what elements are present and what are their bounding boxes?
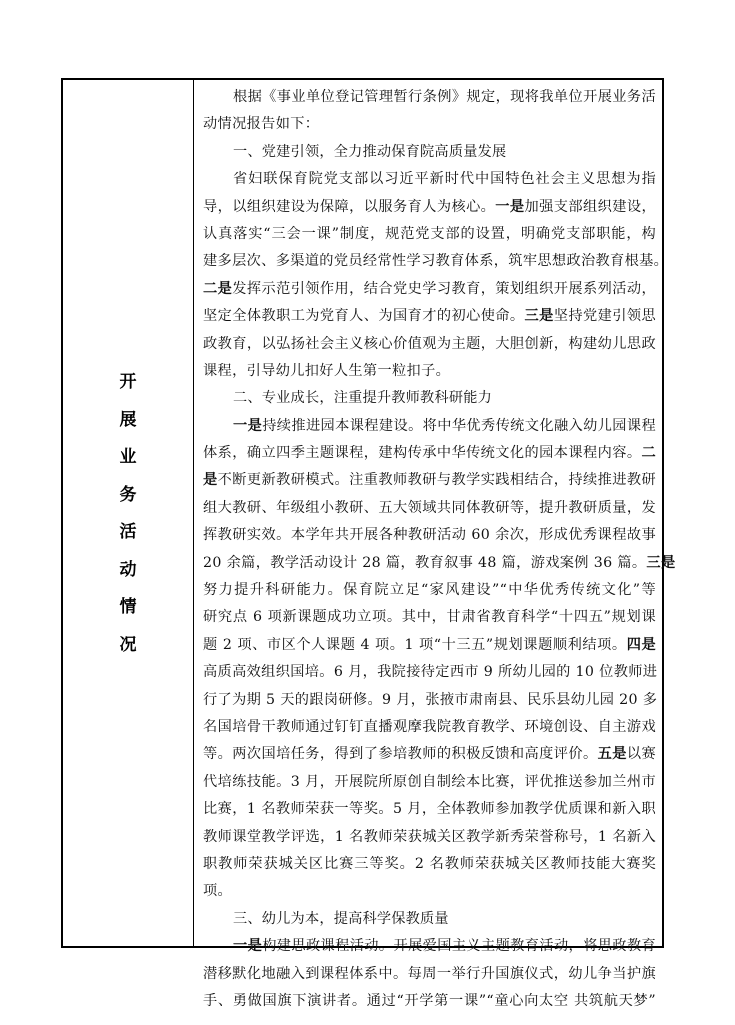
- section-label-char: 活: [63, 514, 193, 552]
- section-label-char: 开: [63, 364, 193, 402]
- body-text: 动情况报告如下：: [203, 116, 319, 132]
- report-table: 开展业务活动情况 根据《事业单位登记管理暂行条例》规定，现将我单位开展业务活动情…: [61, 78, 664, 948]
- body-text: 一、党建引领，全力推动保育院高质量发展: [233, 144, 506, 160]
- body-text: 不断更新教研模式。注重教师教研与教学实践相结合，持续推进教研: [218, 472, 656, 488]
- section-label-char: 情: [63, 589, 193, 627]
- text-line: 体系，确立四季主题课程，建构传承中华传统文化的园本课程内容。二: [203, 440, 656, 467]
- text-line: 省妇联保育院党支部以习近平新时代中国特色社会主义思想为指: [203, 166, 656, 193]
- report-content-cell: 根据《事业单位登记管理暂行条例》规定，现将我单位开展业务活动情况报告如下：一、党…: [203, 84, 656, 1015]
- body-text: 认真落实“三会一课”制度，规范党支部的设置，明确党支部职能，构: [203, 226, 656, 242]
- section-label-cell: 开展业务活动情况: [63, 80, 193, 946]
- body-text: 发挥示范引领作用，结合党史学习教育，策划组织开展系列活动，: [232, 281, 656, 297]
- body-text: 持续推进园本课程建设。将中华优秀传统文化融入幼儿园课程: [262, 418, 656, 434]
- emphasis-text: 四是: [627, 637, 656, 653]
- text-line: 一是持续推进园本课程建设。将中华优秀传统文化融入幼儿园课程: [203, 413, 656, 440]
- text-line: 高质高效组织国培。6 月，我院接待定西市 9 所幼儿园的 10 位教师进: [203, 659, 656, 686]
- section-label-char: 业: [63, 439, 193, 477]
- text-line: 职教师荣获城关区比赛三等奖。2 名教师荣获城关区教师技能大赛奖: [203, 851, 656, 878]
- text-line: 根据《事业单位登记管理暂行条例》规定，现将我单位开展业务活: [203, 84, 656, 111]
- body-text: 根据《事业单位登记管理暂行条例》规定，现将我单位开展业务活: [233, 89, 656, 105]
- text-line: 手、勇做国旗下演讲者。通过“开学第一课”“童心向太空 共筑航天梦”: [203, 988, 656, 1015]
- text-line: 题 2 项、市区个人课题 4 项。1 项“十三五”规划课题顺利结项。四是: [203, 632, 656, 659]
- body-text: 20 余篇，教学活动设计 28 篇，教育叙事 48 篇，游戏案例 36 篇。: [203, 555, 646, 571]
- body-text: 等。两次国培任务，得到了参培教师的积极反馈和高度评价。: [203, 746, 598, 762]
- body-text: 课程，引导幼儿扣好人生第一粒扣子。: [203, 363, 450, 379]
- body-text: 手、勇做国旗下演讲者。通过“开学第一课”“童心向太空 共筑航天梦”: [203, 993, 656, 1009]
- text-line: 努力提升科研能力。保育院立足“家风建设”“中华优秀传统文化”等: [203, 577, 656, 604]
- body-text: 代培练技能。3 月，开展院所原创自制绘本比赛，评优推送参加兰州市: [203, 774, 656, 790]
- text-line: 一是构建思政课程活动。开展爱国主义主题教育活动，将思政教育: [203, 933, 656, 960]
- emphasis-text: 三是: [646, 555, 675, 571]
- emphasis-text: 三是: [525, 308, 554, 324]
- body-text: 比赛，1 名教师荣获一等奖。5 月，全体教师参加教学优质课和新入职: [203, 801, 656, 817]
- section-label-char: 务: [63, 477, 193, 515]
- text-line: 挥教研实效。本学年共开展各种教研活动 60 余次，形成优秀课程故事: [203, 522, 656, 549]
- text-line: 政教育，以弘扬社会主义核心价值观为主题，大胆创新，构建幼儿思政: [203, 331, 656, 358]
- text-line: 20 余篇，教学活动设计 28 篇，教育叙事 48 篇，游戏案例 36 篇。三是: [203, 550, 656, 577]
- body-text: 行了为期 5 天的跟岗研修。9 月，张掖市肃南县、民乐县幼儿园 20 多: [203, 692, 657, 708]
- text-line: 代培练技能。3 月，开展院所原创自制绘本比赛，评优推送参加兰州市: [203, 769, 656, 796]
- emphasis-text: 是: [203, 472, 218, 488]
- text-line: 组大教研、年级组小教研、五大领域共同体教研等，提升教研质量，发: [203, 495, 656, 522]
- body-text: 研究点 6 项新课题成功立项。其中，甘肃省教育科学“十四五”规划课: [203, 609, 656, 625]
- emphasis-text: 二: [641, 445, 656, 461]
- column-divider: [193, 80, 194, 946]
- section-label-char: 展: [63, 402, 193, 440]
- body-text: 政教育，以弘扬社会主义核心价值观为主题，大胆创新，构建幼儿思政: [203, 336, 656, 352]
- body-text: 加强支部组织建设，: [525, 199, 656, 215]
- text-line: 名国培骨干教师通过钉钉直播观摩我院教育教学、环境创设、自主游戏: [203, 714, 656, 741]
- text-line: 导，以组织建设为保障，以服务育人为核心。一是加强支部组织建设，: [203, 194, 656, 221]
- body-text: 高质高效组织国培。6 月，我院接待定西市 9 所幼儿园的 10 位教师进: [203, 664, 657, 680]
- body-text: 努力提升科研能力。保育院立足“家风建设”“中华优秀传统文化”等: [203, 582, 656, 598]
- emphasis-text: 一是: [233, 938, 262, 954]
- body-text: 教师课堂教学评选，1 名教师荣获城关区教学新秀荣誉称号，1 名新入: [203, 829, 656, 845]
- text-line: 潜移默化地融入到课程体系中。每周一举行升国旗仪式，幼儿争当护旗: [203, 961, 656, 988]
- body-text: 构建思政课程活动。开展爱国主义主题教育活动，将思政教育: [262, 938, 656, 954]
- text-line: 课程，引导幼儿扣好人生第一粒扣子。: [203, 358, 656, 385]
- body-text: 二、专业成长，注重提升教师教科研能力: [233, 390, 492, 406]
- section-label: 开展业务活动情况: [63, 364, 193, 664]
- text-line: 教师课堂教学评选，1 名教师荣获城关区教学新秀荣誉称号，1 名新入: [203, 824, 656, 851]
- body-text: 组大教研、年级组小教研、五大领域共同体教研等，提升教研质量，发: [203, 500, 656, 516]
- body-text: 建多层次、多渠道的党员经常性学习教育体系，筑牢思想政治教育根基。: [203, 253, 668, 269]
- body-text: 坚定全体教职工为党育人、为国育才的初心使命。: [203, 308, 525, 324]
- body-text: 体系，确立四季主题课程，建构传承中华传统文化的园本课程内容。: [203, 445, 641, 461]
- section-label-char: 动: [63, 552, 193, 590]
- body-text: 省妇联保育院党支部以习近平新时代中国特色社会主义思想为指: [233, 171, 656, 187]
- text-line: 认真落实“三会一课”制度，规范党支部的设置，明确党支部职能，构: [203, 221, 656, 248]
- section-heading: 三、幼儿为本，提高科学保教质量: [203, 906, 656, 933]
- text-line: 是不断更新教研模式。注重教师教研与教学实践相结合，持续推进教研: [203, 467, 656, 494]
- section-heading: 二、专业成长，注重提升教师教科研能力: [203, 385, 656, 412]
- body-text: 坚持党建引领思: [554, 308, 656, 324]
- text-line: 建多层次、多渠道的党员经常性学习教育体系，筑牢思想政治教育根基。: [203, 248, 656, 275]
- section-heading: 一、党建引领，全力推动保育院高质量发展: [203, 139, 656, 166]
- section-label-char: 况: [63, 627, 193, 665]
- emphasis-text: 一是: [495, 199, 524, 215]
- text-line: 坚定全体教职工为党育人、为国育才的初心使命。三是坚持党建引领思: [203, 303, 656, 330]
- body-text: 职教师荣获城关区比赛三等奖。2 名教师荣获城关区教师技能大赛奖: [203, 856, 656, 872]
- text-line: 动情况报告如下：: [203, 111, 656, 138]
- body-text: 项。: [203, 883, 232, 899]
- body-text: 题 2 项、市区个人课题 4 项。1 项“十三五”规划课题顺利结项。: [203, 637, 627, 653]
- text-line: 二是发挥示范引领作用，结合党史学习教育，策划组织开展系列活动，: [203, 276, 656, 303]
- body-text: 三、幼儿为本，提高科学保教质量: [233, 911, 449, 927]
- body-text: 导，以组织建设为保障，以服务育人为核心。: [203, 199, 495, 215]
- text-line: 行了为期 5 天的跟岗研修。9 月，张掖市肃南县、民乐县幼儿园 20 多: [203, 687, 656, 714]
- body-text: 潜移默化地融入到课程体系中。每周一举行升国旗仪式，幼儿争当护旗: [203, 966, 656, 982]
- body-text: 名国培骨干教师通过钉钉直播观摩我院教育教学、环境创设、自主游戏: [203, 719, 656, 735]
- body-text: 挥教研实效。本学年共开展各种教研活动 60 余次，形成优秀课程故事: [203, 527, 656, 543]
- emphasis-text: 二是: [203, 281, 232, 297]
- text-line: 研究点 6 项新课题成功立项。其中，甘肃省教育科学“十四五”规划课: [203, 604, 656, 631]
- text-line: 比赛，1 名教师荣获一等奖。5 月，全体教师参加教学优质课和新入职: [203, 796, 656, 823]
- emphasis-text: 五是: [598, 746, 627, 762]
- body-text: 以赛: [627, 746, 656, 762]
- emphasis-text: 一是: [233, 418, 262, 434]
- text-line: 等。两次国培任务，得到了参培教师的积极反馈和高度评价。五是以赛: [203, 741, 656, 768]
- text-line: 项。: [203, 878, 656, 905]
